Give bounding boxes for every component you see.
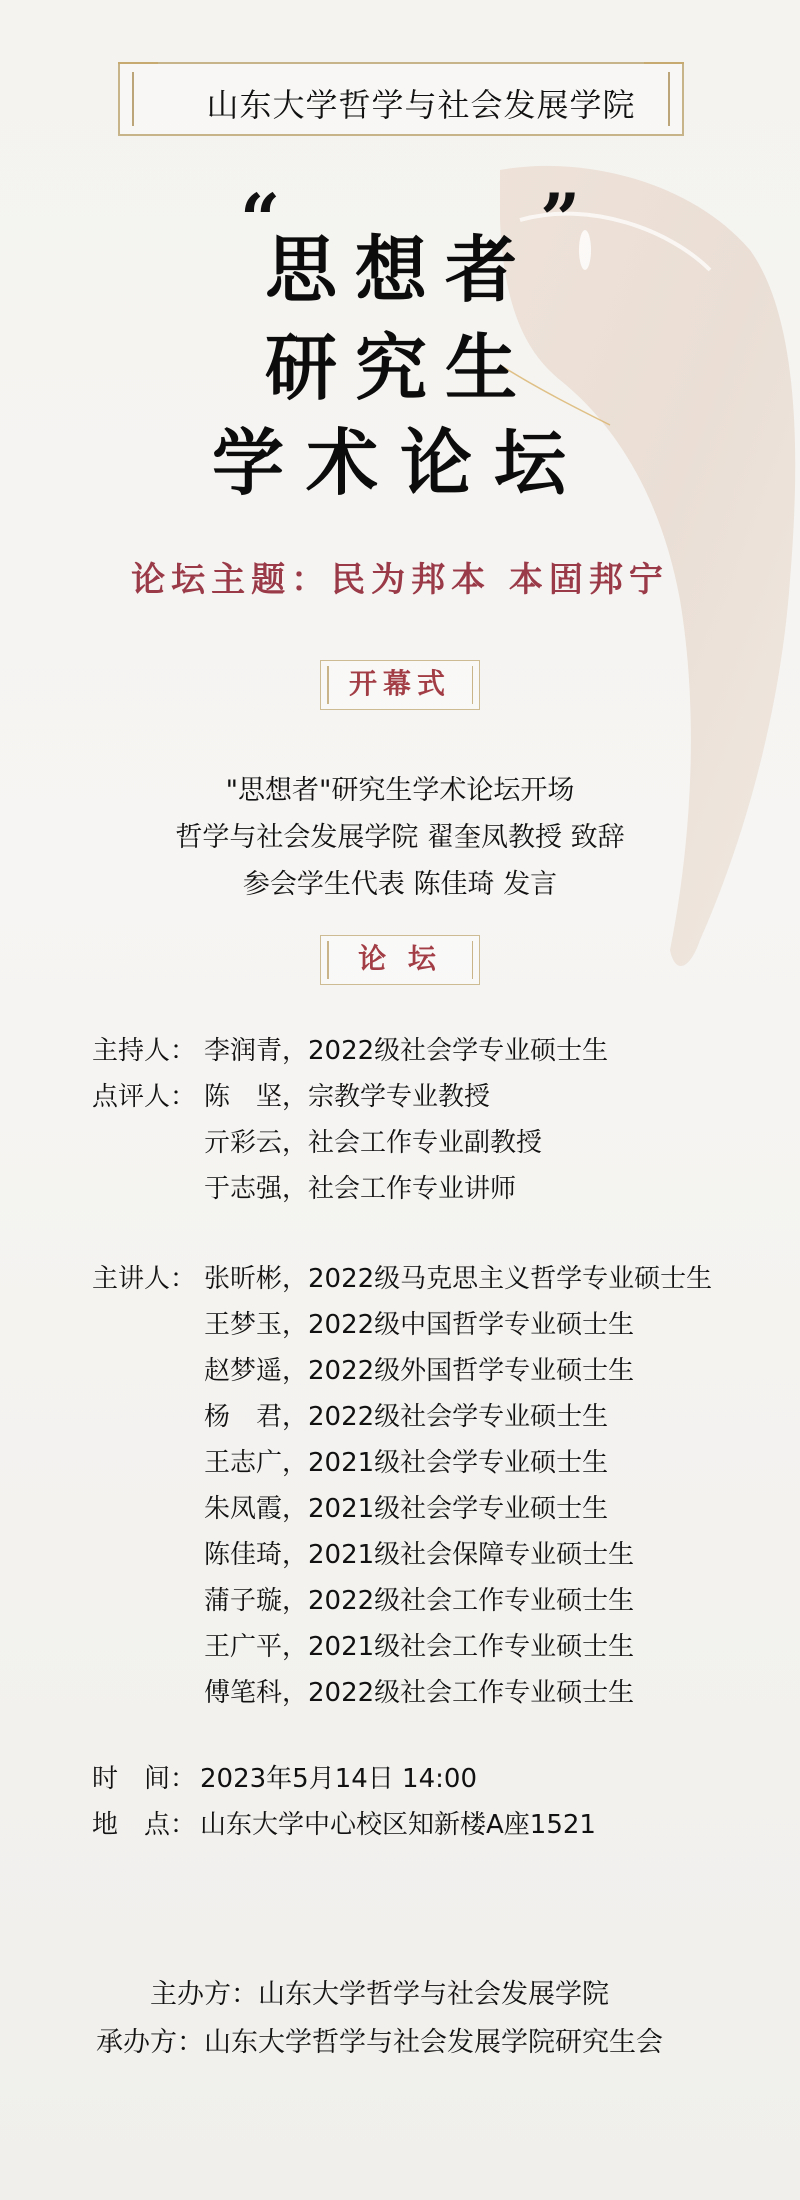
host-organizer: 山东大学哲学与社会发展学院 bbox=[258, 1979, 609, 2010]
speaker: 张昕彬，2022级马克思主义哲学专业硕士生 bbox=[204, 1264, 712, 1294]
title-line-1: 思想者 bbox=[0, 212, 800, 316]
opening-item: "思想者"研究生学术论坛开场 bbox=[0, 768, 800, 807]
speaker: 王梦玉，2022级中国哲学专业硕士生 bbox=[204, 1304, 634, 1341]
corner-ornament-icon bbox=[644, 62, 684, 72]
time-label: 时 间： bbox=[92, 1758, 200, 1795]
organizer-label: 承办方： bbox=[96, 2027, 204, 2058]
institution-name: 山东大学哲学与社会发展学院 bbox=[120, 80, 682, 126]
corner-ornament-icon bbox=[118, 62, 158, 72]
title-line-2: 研究生 bbox=[0, 310, 800, 414]
title-line-3: 学术论坛 bbox=[0, 405, 800, 509]
reviewer: 于志强，社会工作专业讲师 bbox=[204, 1168, 516, 1205]
forum-theme: 论坛主题：民为邦本 本固邦宁 bbox=[0, 552, 800, 601]
speaker: 朱凤霞，2021级社会学专业硕士生 bbox=[204, 1488, 608, 1525]
speaker: 蒲子璇，2022级社会工作专业硕士生 bbox=[204, 1580, 634, 1617]
speaker: 王广平，2021级社会工作专业硕士生 bbox=[204, 1626, 634, 1663]
reviewers-label: 点评人： bbox=[92, 1076, 204, 1113]
speaker: 傅笔科，2022级社会工作专业硕士生 bbox=[204, 1672, 634, 1709]
forum-tag: 论 坛 bbox=[320, 935, 480, 985]
reviewer: 陈 坚，宗教学专业教授 bbox=[204, 1082, 490, 1112]
institution-banner: 山东大学哲学与社会发展学院 bbox=[118, 62, 684, 136]
speakers-row: 主讲人：张昕彬，2022级马克思主义哲学专业硕士生 bbox=[92, 1258, 712, 1295]
speaker: 陈佳琦，2021级社会保障专业硕士生 bbox=[204, 1534, 634, 1571]
place-row: 地 点：山东大学中心校区知新楼A座1521 bbox=[92, 1804, 596, 1841]
host-value: 李润青，2022级社会学专业硕士生 bbox=[204, 1036, 608, 1066]
opening-item: 哲学与社会发展学院 翟奎凤教授 致辞 bbox=[0, 815, 800, 854]
place-label: 地 点： bbox=[92, 1804, 200, 1841]
opening-ceremony-tag: 开幕式 bbox=[320, 660, 480, 710]
organizer-row: 承办方：山东大学哲学与社会发展学院研究生会 bbox=[96, 2020, 663, 2059]
speakers-label: 主讲人： bbox=[92, 1258, 204, 1295]
speaker: 杨 君，2022级社会学专业硕士生 bbox=[204, 1396, 608, 1433]
speaker: 赵梦遥，2022级外国哲学专业硕士生 bbox=[204, 1350, 634, 1387]
reviewers-row: 点评人：陈 坚，宗教学专业教授 bbox=[92, 1076, 490, 1113]
opening-item: 参会学生代表 陈佳琦 发言 bbox=[0, 862, 800, 901]
reviewer: 亓彩云，社会工作专业副教授 bbox=[204, 1122, 542, 1159]
organizer: 山东大学哲学与社会发展学院研究生会 bbox=[204, 2027, 663, 2058]
time-value: 2023年5月14日 14:00 bbox=[200, 1764, 477, 1794]
host-row: 主持人：李润青，2022级社会学专业硕士生 bbox=[92, 1030, 608, 1067]
speaker: 王志广，2021级社会学专业硕士生 bbox=[204, 1442, 608, 1479]
host-organizer-row: 主办方：山东大学哲学与社会发展学院 bbox=[150, 1972, 609, 2011]
time-row: 时 间：2023年5月14日 14:00 bbox=[92, 1758, 477, 1795]
place-value: 山东大学中心校区知新楼A座1521 bbox=[200, 1810, 596, 1840]
host-label: 主持人： bbox=[92, 1030, 204, 1067]
host-organizer-label: 主办方： bbox=[150, 1979, 258, 2010]
